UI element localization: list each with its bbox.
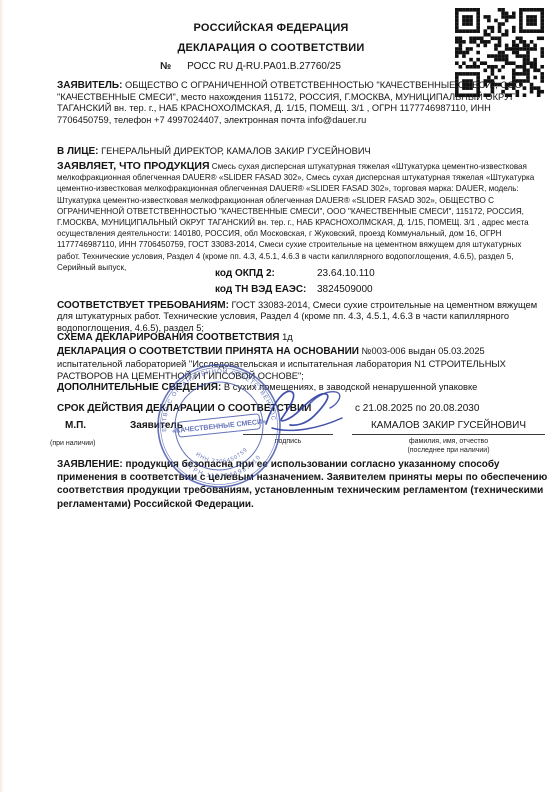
okpd-value: 23.64.10.110 <box>317 268 375 279</box>
scheme-row: СХЕМА ДЕКЛАРИРОВАНИЯ СООТВЕТСТВИЯ 1д <box>57 332 546 344</box>
complies-paragraph: СООТВЕТСТВУЕТ ТРЕБОВАНИЯМ: ГОСТ 33083-20… <box>57 300 546 334</box>
additional-info-text: В сухих помещениях, в заводской ненаруше… <box>224 382 477 392</box>
declaration-document: РОССИЙСКАЯ ФЕДЕРАЦИЯ ДЕКЛАРАЦИЯ О СООТВЕ… <box>0 0 552 792</box>
number-label: № <box>160 61 171 72</box>
scheme-label: СХЕМА ДЕКЛАРИРОВАНИЯ СООТВЕТСТВИЯ <box>57 332 279 343</box>
basis-paragraph: ДЕКЛАРАЦИЯ О СООТВЕТСТВИИ ПРИНЯТА НА ОСН… <box>57 345 546 382</box>
statement-label: ЗАЯВЛЕНИЕ: <box>57 459 123 470</box>
signature-caption: подпись <box>243 438 333 445</box>
declaration-number-row: № РОСС RU Д-RU.РА01.В.27760/25 <box>160 61 341 72</box>
tnved-value: 3824509000 <box>317 284 373 295</box>
validity-value: с 21.08.2025 по 20.08.2030 <box>355 403 479 414</box>
scheme-value: 1д <box>282 332 293 342</box>
country-title: РОССИЙСКАЯ ФЕДЕРАЦИЯ <box>56 22 486 34</box>
signature-line <box>243 434 333 435</box>
mp-label: М.П. <box>65 420 86 431</box>
statement-text: продукция безопасна при ее использовании… <box>57 459 547 510</box>
additional-info-row: ДОПОЛНИТЕЛЬНЫЕ СВЕДЕНИЯ: В сухих помещен… <box>57 382 546 394</box>
applicant-sign-label: Заявитель <box>130 420 183 431</box>
declaration-number: РОСС RU Д-RU.РА01.В.27760/25 <box>187 61 341 72</box>
name-line <box>352 434 545 435</box>
mp-note: (при наличии) <box>50 440 95 447</box>
product-text: Смесь сухая дисперсная штукатурная тяжел… <box>57 162 534 272</box>
name-caption-1: фамилия, имя, отчество <box>352 438 545 445</box>
product-paragraph: ЗАЯВЛЯЕТ, ЧТО ПРОДУКЦИЯ Смесь сухая дисп… <box>57 161 546 273</box>
scan-edge-artifact <box>0 0 4 792</box>
page-title: ДЕКЛАРАЦИЯ О СООТВЕТСТВИИ <box>56 42 486 54</box>
additional-info-label: ДОПОЛНИТЕЛЬНЫЕ СВЕДЕНИЯ: <box>57 382 221 393</box>
tnved-label: код ТН ВЭД ЕАЭС: <box>215 284 306 295</box>
applicant-text: ОБЩЕСТВО С ОГРАНИЧЕННОЙ ОТВЕТСТВЕННОСТЬЮ… <box>57 80 522 125</box>
statement-paragraph: ЗАЯВЛЕНИЕ: продукция безопасна при ее ис… <box>57 458 552 511</box>
complies-label: СООТВЕТСТВУЕТ ТРЕБОВАНИЯМ: <box>57 300 229 311</box>
represented-by-row: В ЛИЦЕ: ГЕНЕРАЛЬНЫЙ ДИРЕКТОР, КАМАЛОВ ЗА… <box>57 146 546 158</box>
okpd-label: код ОКПД 2: <box>215 268 275 279</box>
represented-by-label: В ЛИЦЕ: <box>57 146 99 157</box>
applicant-paragraph: ЗАЯВИТЕЛЬ: ОБЩЕСТВО С ОГРАНИЧЕННОЙ ОТВЕТ… <box>57 80 546 126</box>
signatory-name: КАМАЛОВ ЗАКИР ГУСЕЙНОВИЧ <box>352 420 545 431</box>
name-caption-2: (последнее при наличии) <box>352 447 545 454</box>
basis-label: ДЕКЛАРАЦИЯ О СООТВЕТСТВИИ ПРИНЯТА НА ОСН… <box>57 346 359 357</box>
product-label: ЗАЯВЛЯЕТ, ЧТО ПРОДУКЦИЯ <box>57 160 210 172</box>
validity-label: СРОК ДЕЙСТВИЯ ДЕКЛАРАЦИИ О СООТВЕТСТВИИ <box>57 403 311 414</box>
applicant-label: ЗАЯВИТЕЛЬ: <box>57 80 122 91</box>
stamp-center-text: «КАЧЕСТВЕННЫЕ СМЕСИ» <box>172 418 266 435</box>
represented-by-text: ГЕНЕРАЛЬНЫЙ ДИРЕКТОР, КАМАЛОВ ЗАКИР ГУСЕ… <box>101 146 371 156</box>
